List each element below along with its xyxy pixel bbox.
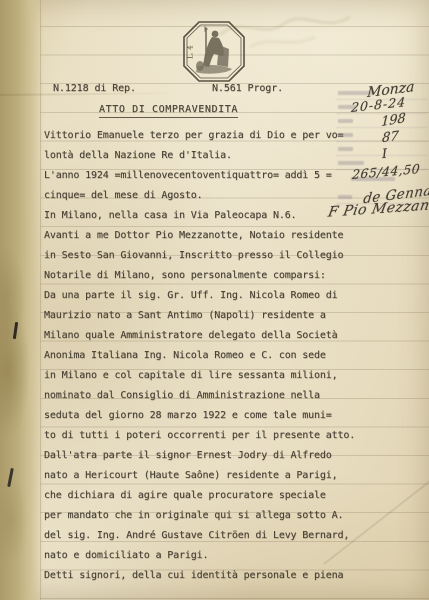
revenue-stamp: L. 4 — [183, 21, 245, 82]
body-line: Da una parte il sig. Gr. Uff. Ing. Nicol… — [44, 289, 374, 309]
stamp-denomination: L. 4 — [187, 45, 195, 59]
body-line: Notarile di Milano, sono personalmente c… — [44, 269, 374, 289]
body-line: Detti signori, della cui identità person… — [44, 569, 374, 589]
body-line: lontà della Nazione Re d'Italia. — [44, 149, 374, 169]
deed-title: ATTO DI COMPRAVENDITA — [99, 104, 238, 118]
body-line: Maurizio nato a Sant Antimo (Napoli) res… — [44, 309, 374, 329]
handwritten-volume: 87 — [381, 129, 399, 146]
body-line: per mandato che in originale qui si alle… — [44, 509, 374, 529]
body-line: seduta del giorno 28 marzo 1922 e come t… — [44, 409, 374, 429]
body-line: del sig. Ing. André Gustave Citröen di L… — [44, 529, 374, 549]
body-line: Milano quale Amministratore delegato del… — [44, 329, 374, 349]
body-line: Avanti a me Dottor Pio Mezzanotte, Notai… — [44, 229, 374, 249]
body-line: in Sesto San Giovanni, Inscritto presso … — [44, 249, 374, 269]
repertorio-number: N.1218 di Rep. — [53, 83, 136, 94]
scanned-deed-page: L. 4 N.1218 di Rep. N.561 Progr. ATTO DI… — [0, 0, 429, 600]
body-line: nominato dal Consiglio di Amministrazion… — [44, 389, 374, 409]
seated-italia-figure — [196, 26, 232, 74]
body-line: Dall'atra parte il signor Ernest Jodry d… — [44, 449, 374, 469]
progressivo-number: N.561 Progr. — [212, 83, 283, 94]
body-line: nato e domiciliato a Parigi. — [44, 549, 374, 569]
deed-body: Vittorio Emanuele terzo per grazia di Di… — [44, 129, 374, 589]
binding-edge-stain — [0, 0, 44, 600]
body-line: Anonima Italiana Ing. Nicola Romeo e C. … — [44, 349, 374, 369]
body-line: che dichiara di agire quale procuratore … — [44, 489, 374, 509]
body-line: cinque= del mese di Agosto. — [44, 189, 374, 209]
body-line: In Milano, nella casa in Via Paleocapa N… — [44, 209, 374, 229]
body-line: Vittorio Emanuele terzo per grazia di Di… — [44, 129, 374, 149]
body-line: to di tutti i poteri occorrenti per il p… — [44, 429, 374, 449]
body-line: L'anno 1924 =millenovecentoventiquattro=… — [44, 169, 374, 189]
body-line: nato a Hericourt (Haute Saône) residente… — [44, 469, 374, 489]
body-line: in Milano e col capitale di lire sessant… — [44, 369, 374, 389]
handwritten-series: I — [381, 147, 387, 162]
